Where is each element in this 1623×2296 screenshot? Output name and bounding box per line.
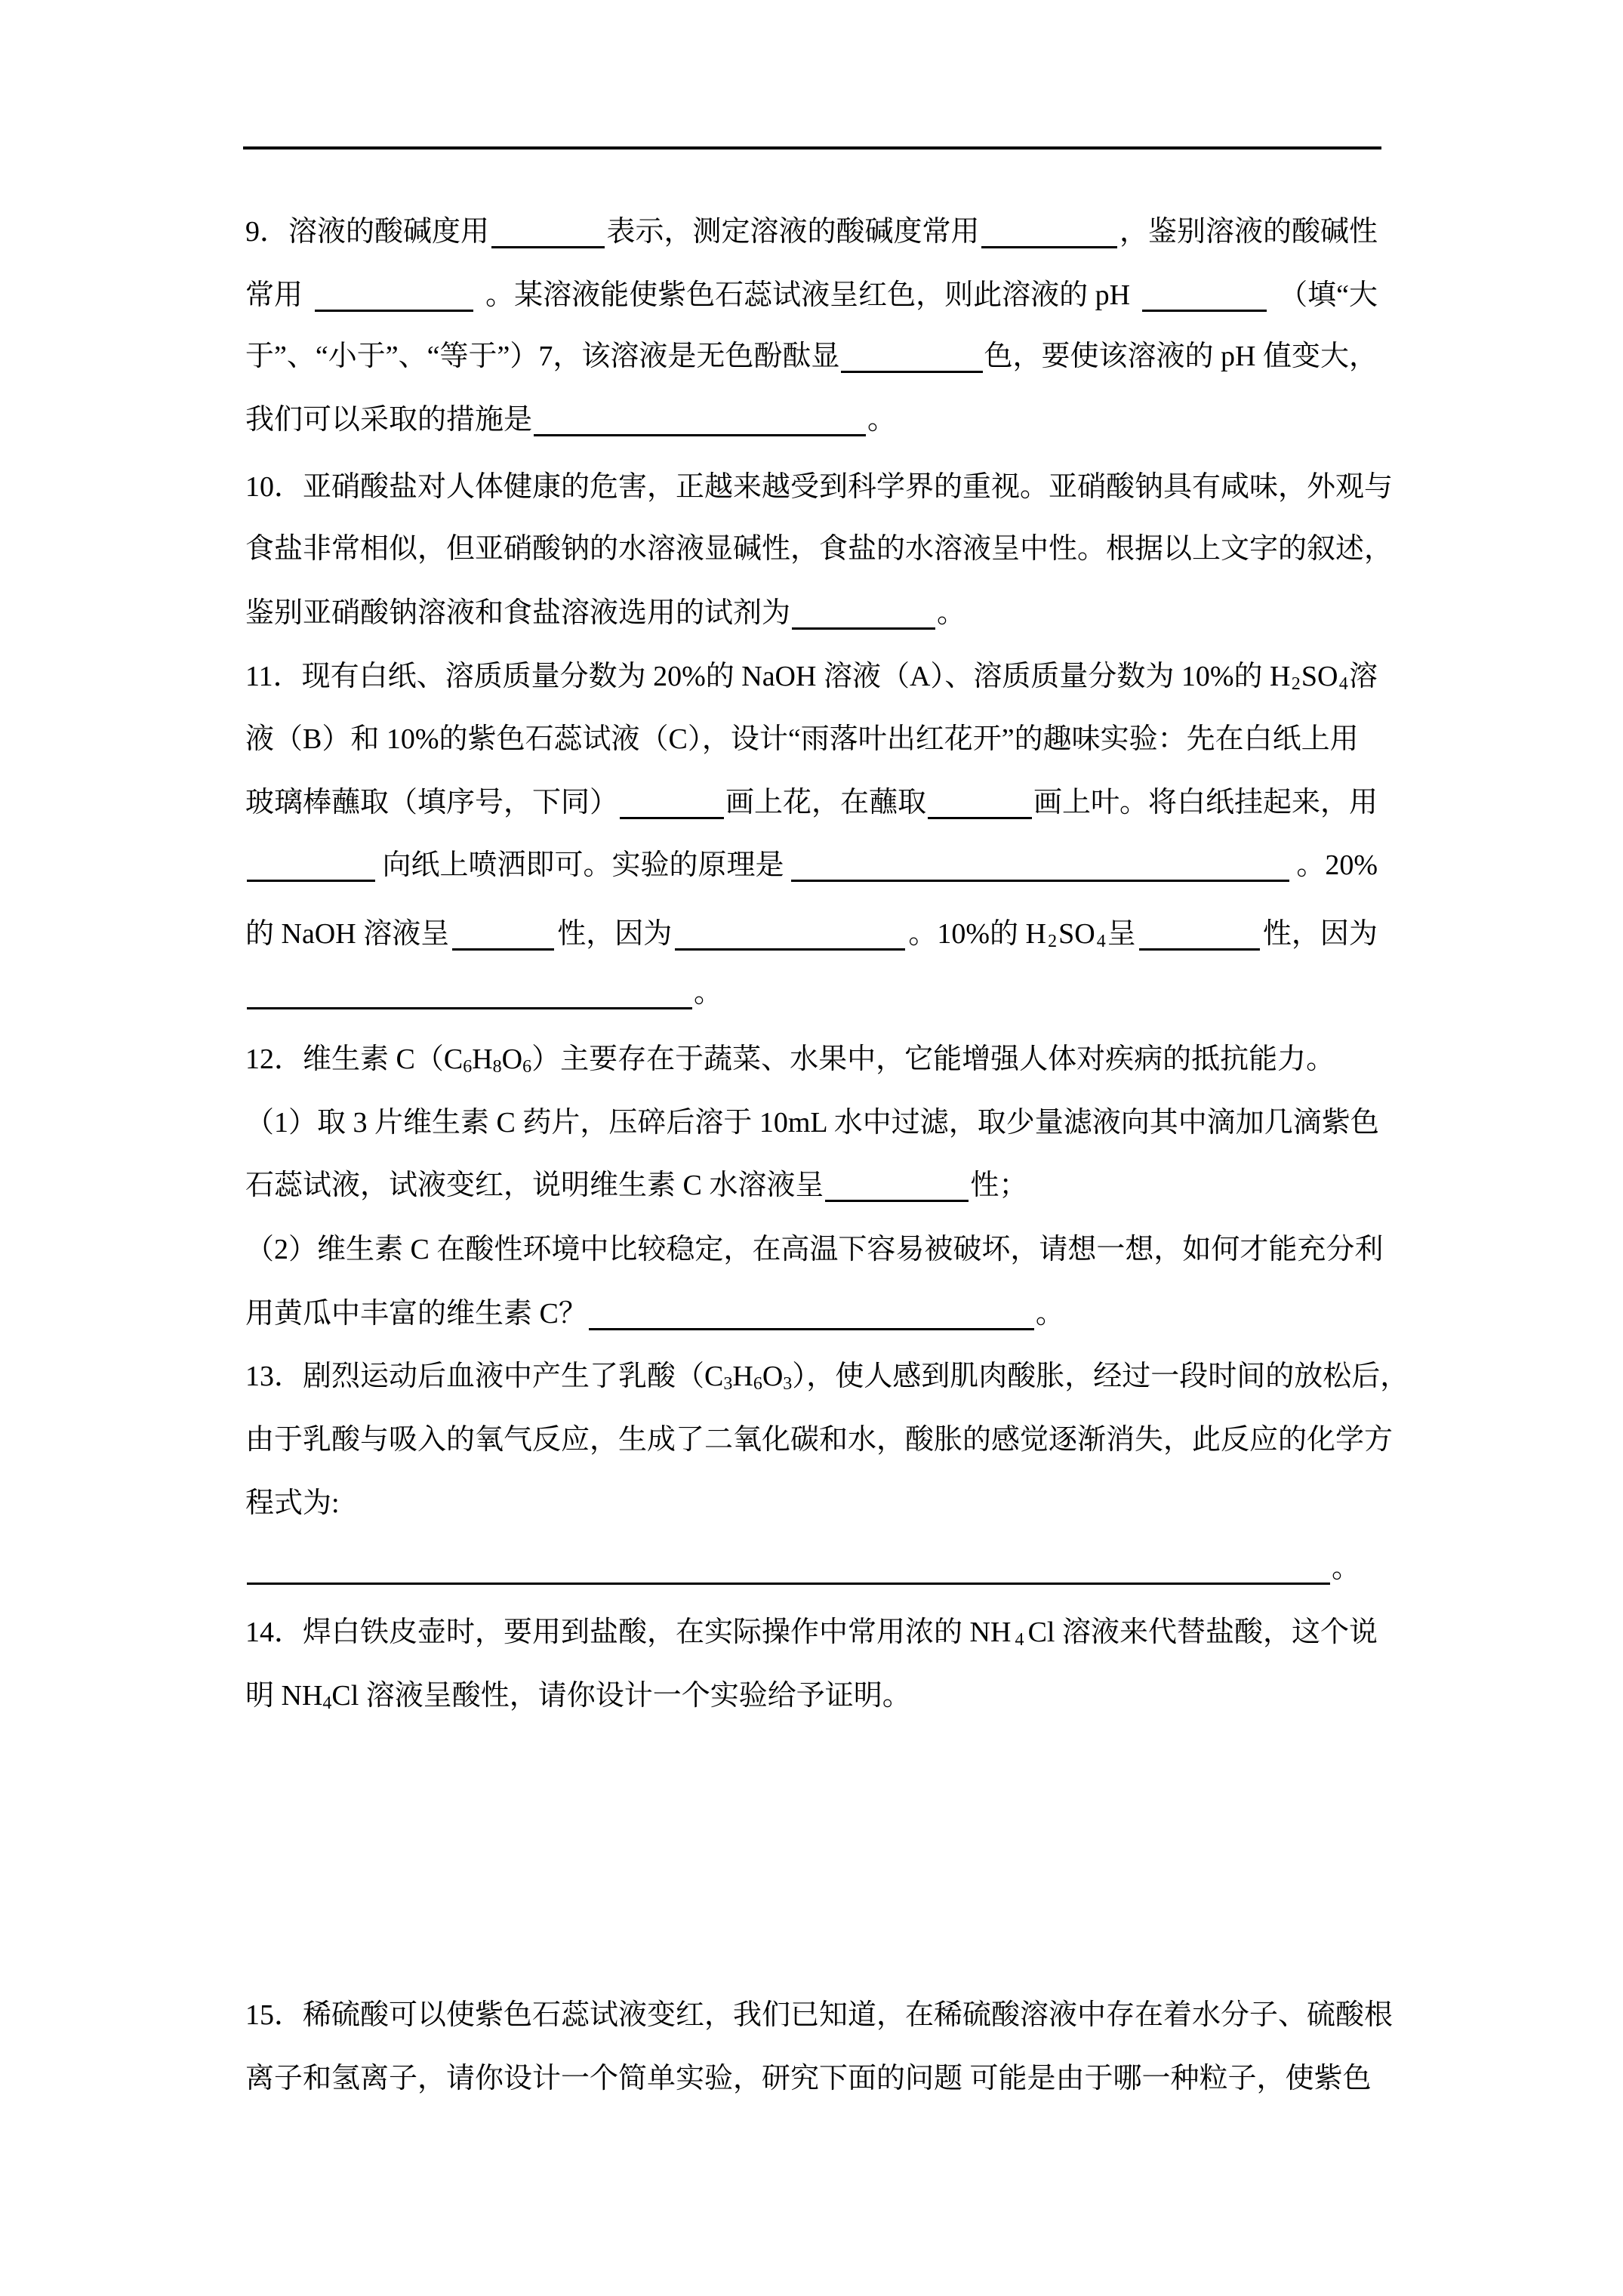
text-run: 。10%的 H: [908, 911, 1046, 957]
answer-blank[interactable]: [791, 849, 1289, 882]
subscript: 6: [463, 1044, 472, 1089]
answer-blank[interactable]: [792, 597, 935, 630]
text-line: 玻璃棒蘸取（填序号，下同）画上花，在蘸取画上叶。将白纸挂起来，用: [245, 780, 1378, 825]
text-run: 9．溶液的酸碱度用: [245, 209, 489, 254]
text-run: 。: [867, 397, 896, 442]
text-run: （1）取 3 片维生素 C 药片，压碎后溶于 10mL 水中过滤，取少量滤液向其…: [245, 1100, 1379, 1145]
text-line: 明 NH4Cl 溶液呈酸性，请你设计一个实验给予证明。: [245, 1673, 1378, 1718]
text-line: 向纸上喷洒即可。实验的原理是。20%: [245, 843, 1378, 888]
text-run: O: [502, 1037, 522, 1082]
answer-blank[interactable]: [981, 216, 1117, 248]
text-run: 14．焊白铁皮壶时，要用到盐酸，在实际操作中常用浓的 NH: [245, 1610, 1011, 1655]
text-line: 由于乳酸与吸入的氧气反应，生成了二氧化碳和水，酸胀的感觉逐渐消失，此反应的化学方: [245, 1417, 1378, 1462]
text-line: 14．焊白铁皮壶时，要用到盐酸，在实际操作中常用浓的 NH4Cl 溶液来代替盐酸…: [245, 1610, 1378, 1655]
text-line: 液（B）和 10%的紫色石蕊试液（C），设计“雨落叶出红花开”的趣味实验：先在白…: [245, 717, 1378, 762]
text-run: O: [762, 1354, 783, 1399]
text-line: 10．亚硝酸盐对人体健康的危害，正越来越受到科学界的重视。亚硝酸钠具有咸味，外观…: [245, 464, 1378, 510]
answer-blank[interactable]: [534, 404, 866, 436]
text-run: 12．维生素 C（C: [245, 1037, 463, 1082]
answer-blank[interactable]: [452, 918, 554, 951]
text-line: 离子和氢离子，请你设计一个简单实验，研究下面的问题 可能是由于哪一种粒子，使紫色: [245, 2056, 1378, 2101]
text-run: 用黄瓜中丰富的维生素 C？: [245, 1291, 587, 1336]
text-line: 12．维生素 C（C6H8O6）主要存在于蔬菜、水果中，它能增强人体对疾病的抵抗…: [245, 1037, 1378, 1082]
text-line: 9．溶液的酸碱度用表示，测定溶液的酸碱度常用，鉴别溶液的酸碱性: [245, 209, 1378, 254]
text-run: 玻璃棒蘸取（填序号，下同）: [245, 780, 618, 825]
text-line: 于”、“小于”、“等于”）7，该溶液是无色酚酞显色，要使该溶液的 pH 值变大，: [245, 334, 1378, 379]
text-line: 石蕊试液，试液变红，说明维生素 C 水溶液呈性；: [245, 1163, 1378, 1208]
answer-blank[interactable]: [825, 1170, 969, 1202]
answer-blank[interactable]: [247, 977, 692, 1009]
subscript: 3: [783, 1361, 792, 1407]
text-line: （2）维生素 C 在酸性环境中比较稳定，在高温下容易被破坏，请想一想，如何才能充…: [245, 1227, 1378, 1272]
text-run: 离子和氢离子，请你设计一个简单实验，研究下面的问题 可能是由于哪一种粒子，使紫色: [245, 2056, 1372, 2101]
subscript: 3: [723, 1361, 732, 1407]
subscript: 2: [1048, 919, 1057, 964]
text-run: SO: [1301, 654, 1338, 699]
text-line: （1）取 3 片维生素 C 药片，压碎后溶于 10mL 水中过滤，取少量滤液向其…: [245, 1100, 1378, 1145]
text-run: 画上叶。将白纸挂起来，用: [1033, 780, 1378, 825]
text-run: （填“大: [1279, 273, 1378, 318]
answer-blank[interactable]: [928, 787, 1032, 819]
text-run: 性；: [970, 1163, 1027, 1208]
answer-blank[interactable]: [1142, 279, 1267, 312]
text-run: 于”、“小于”、“等于”）7，该溶液是无色酚酞显: [245, 334, 839, 379]
text-line: 食盐非常相似，但亚硝酸钠的水溶液显碱性，食盐的水溶液呈中性。根据以上文字的叙述，: [245, 526, 1378, 572]
answer-blank[interactable]: [247, 1552, 1330, 1585]
text-run: ）主要存在于蔬菜、水果中，它能增强人体对疾病的抵抗能力。: [531, 1037, 1335, 1082]
text-run: 常用: [245, 273, 303, 318]
text-run: 明 NH: [245, 1673, 322, 1718]
text-line: 13．剧烈运动后血液中产生了乳酸（C3H6O3），使人感到肌肉酸胀，经过一段时间…: [245, 1354, 1378, 1399]
text-run: 鉴别亚硝酸钠溶液和食盐溶液选用的试剂为: [245, 590, 790, 636]
text-line: 常用。某溶液能使紫色石蕊试液呈红色，则此溶液的 pH（填“大: [245, 273, 1378, 318]
text-run: 向纸上喷洒即可。实验的原理是: [382, 843, 784, 888]
text-run: Cl 溶液呈酸性，请你设计一个实验给予证明。: [331, 1673, 910, 1718]
text-run: 的 NaOH 溶液呈: [245, 911, 449, 957]
text-run: Cl 溶液来代替盐酸，这个说: [1028, 1610, 1378, 1655]
text-run: 程式为:: [245, 1481, 340, 1526]
text-run: 。某溶液能使紫色石蕊试液呈红色，则此溶液的 pH: [485, 273, 1130, 318]
answer-blank[interactable]: [247, 849, 375, 882]
answer-blank[interactable]: [675, 918, 905, 951]
text-line: 我们可以采取的措施是。: [245, 397, 1378, 442]
answer-blank[interactable]: [620, 787, 724, 819]
text-run: ），使人感到肌肉酸胀，经过一段时间的放松后，: [792, 1354, 1409, 1399]
text-run: SO: [1058, 911, 1095, 957]
text-line: 。: [245, 970, 1378, 1015]
subscript: 2: [1292, 661, 1301, 707]
text-run: 11．现有白纸、溶质质量分数为 20%的 NaOH 溶液（A）、溶质质量分数为 …: [245, 654, 1290, 699]
answer-blank[interactable]: [1139, 918, 1260, 951]
text-run: ，鉴别溶液的酸碱性: [1119, 209, 1378, 254]
answer-blank[interactable]: [841, 341, 982, 373]
text-run: 画上花，在蘸取: [725, 780, 926, 825]
text-run: 食盐非常相似，但亚硝酸钠的水溶液显碱性，食盐的水溶液呈中性。根据以上文字的叙述，: [245, 526, 1393, 572]
text-run: H: [472, 1037, 492, 1082]
subscript: 4: [1339, 661, 1348, 707]
subscript: 4: [1015, 1617, 1024, 1663]
answer-blank[interactable]: [589, 1298, 1034, 1330]
text-run: 性，因为: [1263, 911, 1378, 957]
text-run: 。: [1332, 1546, 1360, 1591]
header-rule: [243, 146, 1381, 149]
document-page: 9．溶液的酸碱度用表示，测定溶液的酸碱度常用，鉴别溶液的酸碱性常用。某溶液能使紫…: [0, 0, 1623, 2296]
text-line: 的 NaOH 溶液呈性，因为。10%的 H2SO4 呈性，因为: [245, 911, 1378, 957]
text-run: 10．亚硝酸盐对人体健康的危害，正越来越受到科学界的重视。亚硝酸钠具有咸味，外观…: [245, 464, 1393, 510]
text-run: 我们可以采取的措施是: [245, 397, 532, 442]
subscript: 6: [522, 1044, 531, 1089]
text-run: 溶: [1349, 654, 1378, 699]
text-run: H: [732, 1354, 753, 1399]
text-run: 由于乳酸与吸入的氧气反应，生成了二氧化碳和水，酸胀的感觉逐渐消失，此反应的化学方: [245, 1417, 1393, 1462]
subscript: 8: [493, 1044, 502, 1089]
text-run: 液（B）和 10%的紫色石蕊试液（C），设计“雨落叶出红花开”的趣味实验：先在白…: [245, 717, 1359, 762]
text-line: 15．稀硫酸可以使紫色石蕊试液变红，我们已知道，在稀硫酸溶液中存在着水分子、硫酸…: [245, 1992, 1378, 2038]
text-run: 。: [937, 590, 965, 636]
text-run: 石蕊试液，试液变红，说明维生素 C 水溶液呈: [245, 1163, 824, 1208]
text-run: 呈: [1107, 911, 1136, 957]
answer-blank[interactable]: [491, 216, 605, 248]
text-line: 程式为:: [245, 1481, 1378, 1526]
text-line: 鉴别亚硝酸钠溶液和食盐溶液选用的试剂为。: [245, 590, 1378, 636]
text-run: 13．剧烈运动后血液中产生了乳酸（C: [245, 1354, 723, 1399]
text-run: 。20%: [1296, 843, 1378, 888]
text-run: 表示，测定溶液的酸碱度常用: [606, 209, 979, 254]
text-run: 色，要使该溶液的 pH 值变大，: [984, 334, 1378, 379]
subscript: 6: [753, 1361, 762, 1407]
text-run: （2）维生素 C 在酸性环境中比较稳定，在高温下容易被破坏，请想一想，如何才能充…: [245, 1227, 1383, 1272]
text-line: 。: [245, 1546, 1378, 1591]
subscript: 4: [322, 1681, 331, 1726]
subscript: 4: [1097, 919, 1106, 964]
text-run: 。: [1036, 1291, 1064, 1336]
text-run: 性，因为: [557, 911, 672, 957]
text-run: 15．稀硫酸可以使紫色石蕊试液变红，我们已知道，在稀硫酸溶液中存在着水分子、硫酸…: [245, 1992, 1393, 2038]
text-line: 11．现有白纸、溶质质量分数为 20%的 NaOH 溶液（A）、溶质质量分数为 …: [245, 654, 1378, 699]
text-run: 。: [694, 970, 722, 1015]
answer-blank[interactable]: [315, 279, 473, 312]
text-line: 用黄瓜中丰富的维生素 C？ 。: [245, 1291, 1378, 1336]
